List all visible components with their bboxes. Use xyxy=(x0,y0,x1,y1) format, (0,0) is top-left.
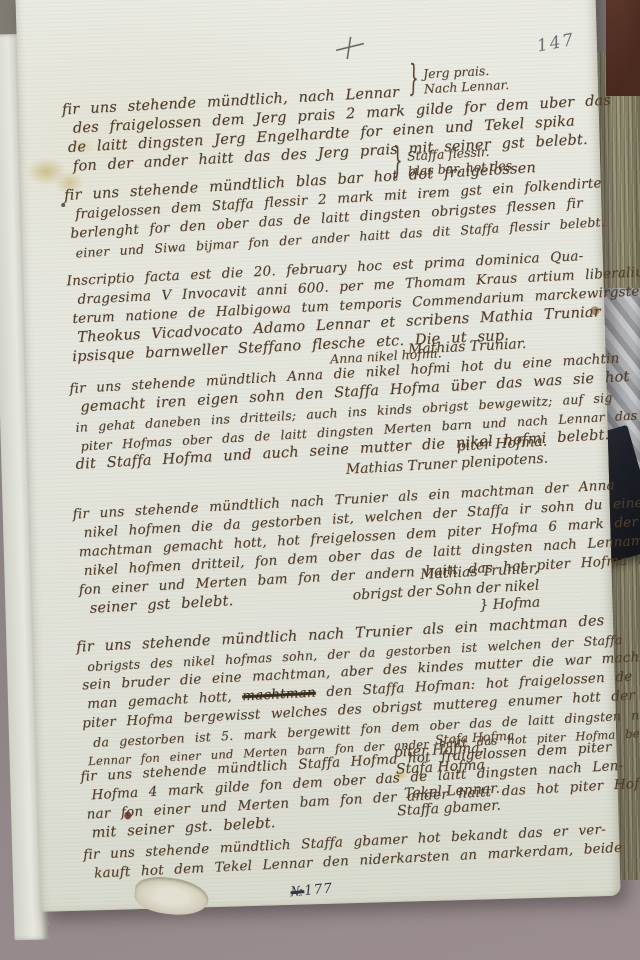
brace-mark: } xyxy=(392,143,404,180)
book-cover-corner xyxy=(606,0,640,96)
interlinear-note: }Jerg prais.Nach Lennar. xyxy=(408,62,509,97)
manuscript-page: 147 fir uns stehende mündtlich, nach Len… xyxy=(15,0,620,912)
photo-background: 147 fir uns stehende mündtlich, nach Len… xyxy=(0,0,640,960)
archival-number: 177 xyxy=(303,880,333,899)
manuscript-text: fir uns stehende mündtlich, nach Lennard… xyxy=(15,0,620,912)
struck-word: machtman xyxy=(242,685,316,705)
signatures: Mathias Trunier,obrigst der Sohn der nik… xyxy=(351,561,540,622)
paragraph: fir uns stehende mündtlich Anna die nike… xyxy=(69,351,588,475)
brace-mark: } xyxy=(408,61,419,97)
paragraph: fir uns stehende mündtlich nach Trunier … xyxy=(72,478,591,620)
paragraph: Inscriptio facta est die 20. february ho… xyxy=(66,247,584,367)
signatures: Tekel Lennar.Staffa gbamer. xyxy=(396,781,501,821)
